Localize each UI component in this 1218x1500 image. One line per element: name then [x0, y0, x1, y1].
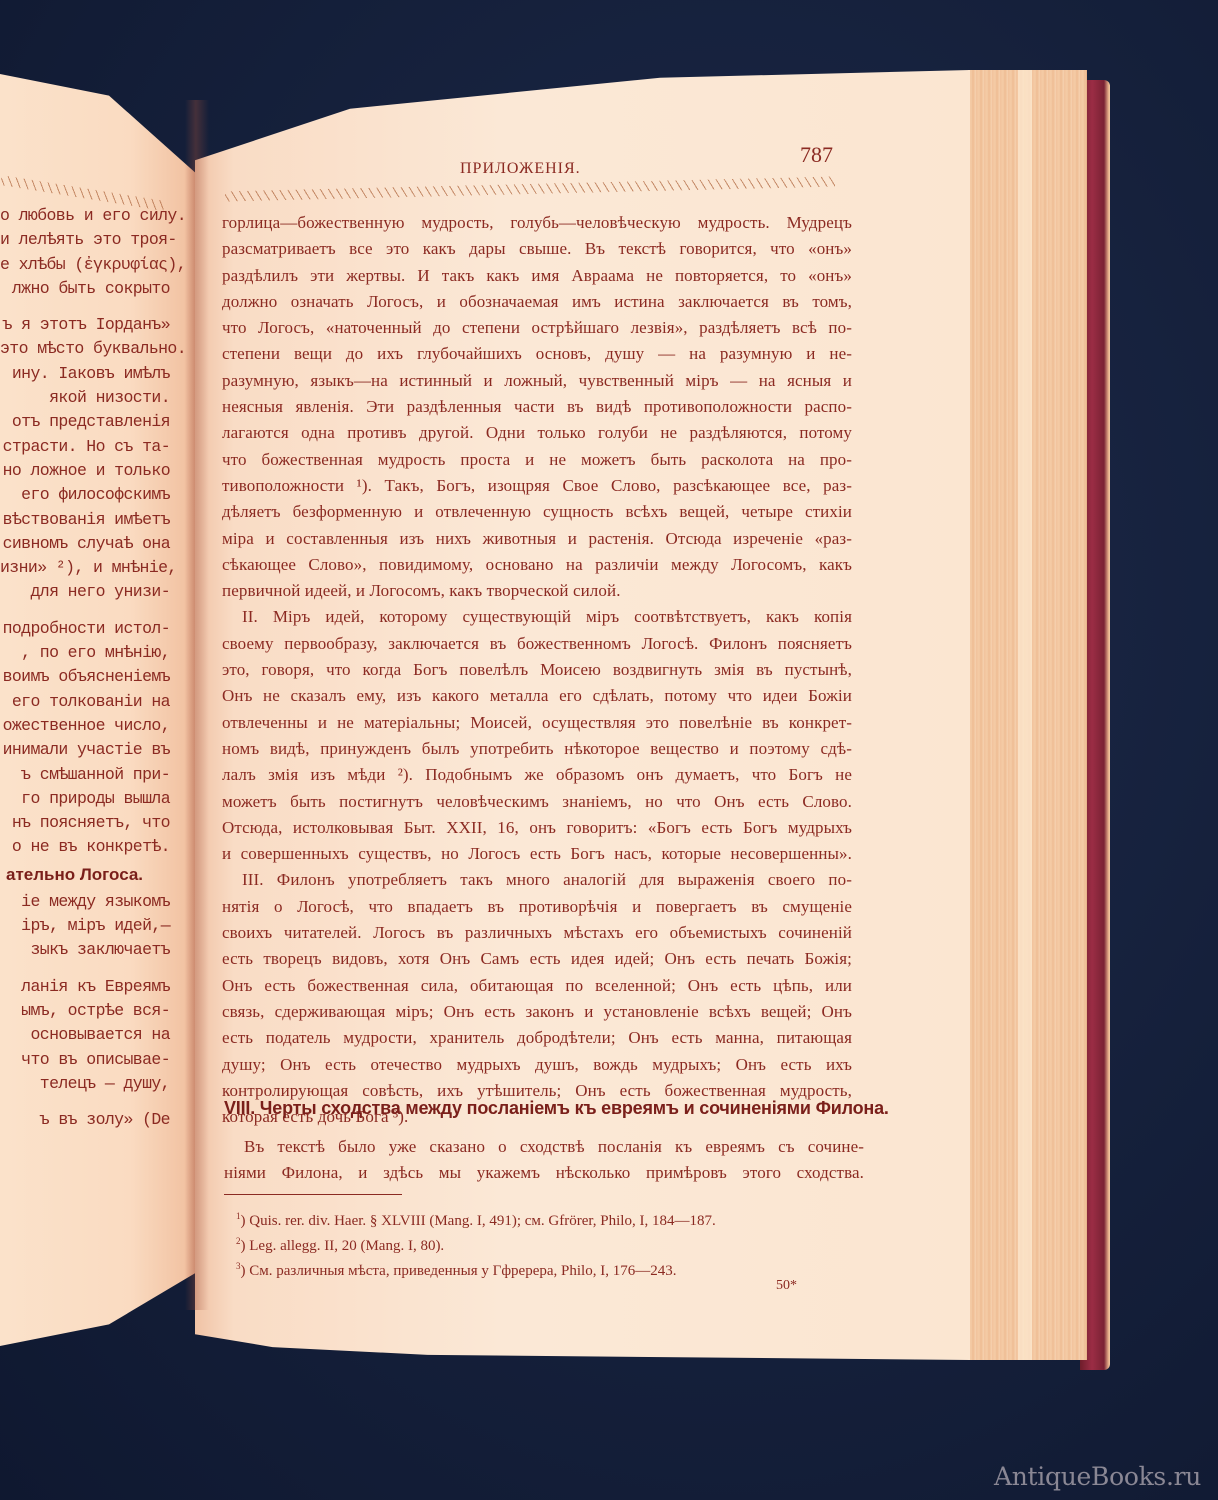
footnote: 1) Quis. rer. div. Haer. § XLVIII (Mang.… [236, 1206, 876, 1231]
text-line: разсматриваетъ все это какъ дары свыше. … [222, 236, 852, 262]
paragraph-gap [0, 605, 170, 617]
text-line: что божественная мудрость проста и не мо… [222, 447, 852, 473]
text-line: ъ я этотъ Іорданъ» [0, 313, 170, 337]
text-line: отъ представленія [0, 410, 170, 434]
text-line: должно означать Логосъ, и обозначаемая и… [222, 289, 852, 315]
section-heading: VIII. Черты сходства между посланіемъ къ… [224, 1098, 864, 1119]
text-line: своихъ читателей. Логосъ въ различныхъ м… [222, 920, 852, 946]
text-line: нъ поясняетъ, что [0, 811, 170, 835]
text-line: ожественное число, [0, 714, 170, 738]
text-line: это мѣсто буквально. [0, 337, 170, 361]
text-line: лжно быть сокрыто [0, 277, 170, 301]
page-number: 787 [800, 142, 833, 168]
text-line: ину. Іаковъ имѣлъ [0, 362, 170, 386]
book-gutter [185, 100, 209, 1310]
right-page-body-text: горлица—божественную мудрость, голубь—че… [222, 210, 852, 1130]
text-line: есть податель мудрости, хранитель доброд… [222, 1025, 852, 1051]
text-line: дѣляетъ безформенную и отвлеченную сущно… [222, 499, 852, 525]
text-line: ланія къ Евреямъ [0, 975, 170, 999]
text-line: но ложное и только [0, 459, 170, 483]
text-line: лагаются одна противъ другой. Одни тольк… [222, 420, 852, 446]
text-line: Онъ не сказалъ ему, изъ какого металла е… [222, 683, 852, 709]
footnote-separator [224, 1194, 402, 1195]
text-line: зыкъ заключаетъ [0, 938, 170, 962]
text-line: это, говоря, что когда Богъ повелѣлъ Мои… [222, 657, 852, 683]
text-line: III. Филонъ употребляетъ такъ много анал… [222, 867, 852, 893]
text-line: инимали участіе въ [0, 738, 170, 762]
text-line: , по его мнѣнію, [0, 641, 170, 665]
text-line: степени вещи до ихъ глубочайшихъ основъ,… [222, 341, 852, 367]
text-line: можетъ быть постигнутъ человѣческимъ зна… [222, 789, 852, 815]
text-line: е хлѣбы (ἐγκρυφίας), [0, 253, 170, 277]
text-line: душу; Онъ есть отечество мудрыхъ душъ, в… [222, 1052, 852, 1078]
text-line: что Логосъ, «наточенный до степени острѣ… [222, 315, 852, 341]
text-line: сивномъ случаѣ она [0, 532, 170, 556]
text-line: го природы вышла [0, 787, 170, 811]
text-line: Отсюда, истолковывая Быт. XXII, 16, онъ … [222, 815, 852, 841]
section-heading-partial: ательно Логоса. [0, 860, 170, 890]
footnote-text: ) Quis. rer. div. Haer. § XLVIII (Mang. … [241, 1213, 716, 1229]
text-line: есть творецъ видовъ, хотя Онъ Самъ есть … [222, 946, 852, 972]
text-line: вѣствованія имѣетъ [0, 508, 170, 532]
text-line: разумную, языкъ—на истинный и ложный, чу… [222, 368, 852, 394]
text-line: для него унизи- [0, 580, 170, 604]
footnote-text: ) См. различныя мѣста, приведенныя у Гфр… [241, 1263, 677, 1279]
text-line: міра и составленныя изъ нихъ животныя и … [222, 526, 852, 552]
text-line: іръ, міръ идей,— [0, 914, 170, 938]
paragraph-gap [0, 1096, 170, 1108]
footnote-text: ) Leg. allegg. II, 20 (Mang. I, 80). [241, 1238, 445, 1254]
paragraph-gap [0, 963, 170, 975]
text-line: воимъ объясненіемъ [0, 665, 170, 689]
section-intro-text: Въ текстѣ было уже сказано о сходствѣ по… [224, 1134, 864, 1187]
text-line: и совершенныхъ существъ, но Логосъ есть … [222, 841, 852, 867]
text-line: о не въ конкретѣ. [0, 835, 170, 859]
text-line: горлица—божественную мудрость, голубь—че… [222, 210, 852, 236]
text-line: якой низости. [0, 386, 170, 410]
watermark: AntiqueBooks.ru [994, 1462, 1201, 1491]
text-line: тивоположности ¹). Такъ, Богъ, изощряя С… [222, 473, 852, 499]
text-line: нятія о Логосѣ, что впадаетъ въ противор… [222, 894, 852, 920]
text-line: отвлеченны и не матеріальны; Моисей, осу… [222, 710, 852, 736]
text-line: іе между языкомъ [0, 890, 170, 914]
text-line: раздѣлилъ эти жертвы. И такъ какъ имя Ав… [222, 263, 852, 289]
text-line: ъ смѣшанной при- [0, 763, 170, 787]
text-line: Въ текстѣ было уже сказано о сходствѣ по… [224, 1134, 864, 1160]
text-line: Онъ есть божественная сила, обитающая по… [222, 973, 852, 999]
text-line: ымъ, острѣе вся- [0, 999, 170, 1023]
text-line: лалъ змія изъ мѣди ²). Подобнымъ же обра… [222, 762, 852, 788]
footnote: 2) Leg. allegg. II, 20 (Mang. I, 80). [236, 1231, 876, 1256]
text-line: основывается на [0, 1023, 170, 1047]
text-line: его философскимъ [0, 483, 170, 507]
text-line: своему первообразу, заключается въ божес… [222, 631, 852, 657]
running-head: ПРИЛОЖЕНІЯ. [460, 160, 581, 178]
text-line: телецъ — душу, [0, 1072, 170, 1096]
text-line: что въ описывае- [0, 1048, 170, 1072]
text-line: изни» ²), и мнѣніе, [0, 556, 170, 580]
text-line: и лелѣять это троя- [0, 228, 170, 252]
footnotes: 1) Quis. rer. div. Haer. § XLVIII (Mang.… [236, 1206, 876, 1281]
text-line: II. Міръ идей, которому существующій мір… [222, 604, 852, 630]
printer-signature-mark: 50* [776, 1278, 797, 1294]
left-page-body-text: о любовь и его силу.и лелѣять это троя-е… [0, 204, 170, 1132]
text-line: ніями Филона, и здѣсь мы укажемъ нѣсколь… [224, 1160, 864, 1186]
text-line: страсти. Но съ та- [0, 435, 170, 459]
text-line: номъ видѣ, принужденъ былъ употребить нѣ… [222, 736, 852, 762]
page-block-edge [968, 70, 1087, 1360]
text-line: связь, сдерживающая міръ; Онъ есть закон… [222, 999, 852, 1025]
text-line: подробности истол- [0, 617, 170, 641]
text-line: первичной идеей, и Логосомъ, какъ творче… [222, 578, 852, 604]
text-line: ъ въ золу» (De [0, 1108, 170, 1132]
text-line: неясныя явленія. Эти раздѣленныя части в… [222, 394, 852, 420]
text-line: его толкованіи на [0, 690, 170, 714]
paragraph-gap [0, 301, 170, 313]
text-line: сѣкающее Слово», повидимому, основано на… [222, 552, 852, 578]
open-book-photo: ПРИЛОЖЕНІЯ. 787 горлица—божественную муд… [0, 0, 1218, 1500]
text-line: о любовь и его силу. [0, 204, 170, 228]
